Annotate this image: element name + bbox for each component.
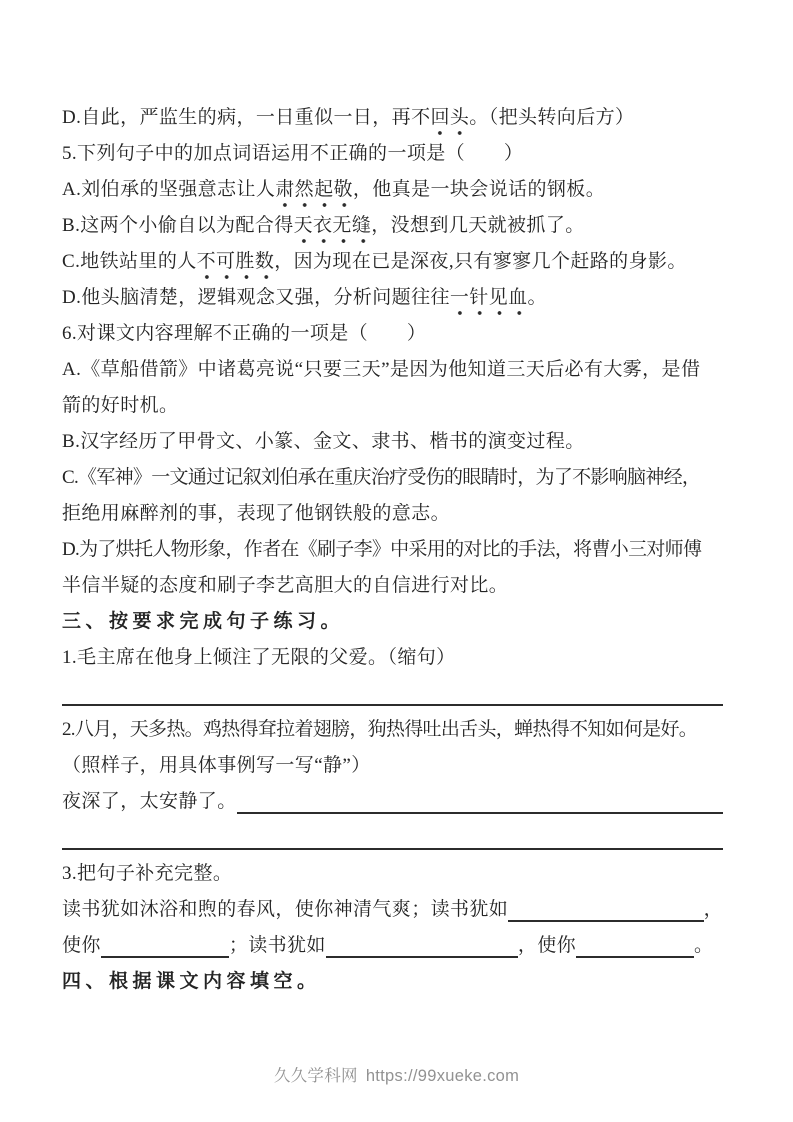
exam-content: D.自此，严监生的病，一日重似一日，再不回头。（把头转向后方）5.下列句子中的加… [62, 100, 723, 1000]
text-segment: 。（把头转向后方） [469, 100, 634, 136]
text-segment: 读书犹如沐浴和煦的春风，使你神清气爽；读书犹如 [62, 892, 508, 928]
answer-line-row [62, 676, 723, 712]
text-line: 6.对课文内容理解不正确的一项是（ ） [62, 316, 723, 352]
text-segment: C.地铁站里的人 [62, 244, 197, 280]
text-line: 5.下列句子中的加点词语运用不正确的一项是（ ） [62, 136, 723, 172]
answer-blank [508, 892, 703, 922]
emphasized-word: 回头 [430, 100, 469, 136]
text-line: D.自此，严监生的病，一日重似一日，再不回头。（把头转向后方） [62, 100, 723, 136]
text-segment: ，因为现在已是深夜,只有寥寥几个赶路的身影。 [274, 244, 687, 280]
emphasized-word: 肃然起敬 [275, 172, 353, 208]
text-segment: B.这两个小偷自以为配合得 [62, 208, 294, 244]
text-line: D.他头脑清楚，逻辑观念又强，分析问题往往一针见血。 [62, 280, 723, 316]
text-segment: 拒绝用麻醉剂的事，表现了他钢铁般的意志。 [62, 496, 450, 532]
text-segment: D.为了烘托人物形象，作者在《刷子李》中采用的对比的手法，将曹小三对师傅 [62, 532, 701, 568]
text-line: 读书犹如沐浴和煦的春风，使你神清气爽；读书犹如， [62, 892, 723, 928]
text-segment: D.他头脑清楚，逻辑观念又强，分析问题往往 [62, 280, 450, 316]
text-segment: A.刘伯承的坚强意志让人 [62, 172, 275, 208]
text-line: A.《草船借箭》中诸葛亮说“只要三天”是因为他知道三天后必有大雾，是借 [62, 352, 723, 388]
answer-line [62, 848, 723, 850]
text-line: B.这两个小偷自以为配合得天衣无缝，没想到几天就被抓了。 [62, 208, 723, 244]
text-segment: ；读书犹如 [229, 928, 326, 964]
emphasized-word: 不可胜数 [197, 244, 275, 280]
text-segment: B.汉字经历了甲骨文、小篆、金文、隶书、楷书的演变过程。 [62, 424, 585, 460]
text-segment: （照样子，用具体事例写一写“静”） [62, 748, 371, 784]
section-heading: 四、根据课文内容填空。 [62, 964, 723, 1000]
text-line: C.《军神》一文通过记叙刘伯承在重庆治疗受伤的眼睛时，为了不影响脑神经， [62, 460, 723, 496]
text-segment: 。 [694, 928, 713, 964]
answer-blank [101, 928, 229, 958]
text-segment: 箭的好时机。 [62, 388, 178, 424]
text-segment: ，没想到几天就被抓了。 [371, 208, 584, 244]
text-segment: 四、根据课文内容填空。 [62, 964, 321, 1000]
exam-page: D.自此，严监生的病，一日重似一日，再不回头。（把头转向后方）5.下列句子中的加… [0, 0, 793, 1122]
text-segment: ，他真是一块会说话的钢板。 [353, 172, 605, 208]
answer-blank [326, 928, 518, 958]
answer-blank [237, 784, 723, 814]
text-segment: 半信半疑的态度和刷子李艺高胆大的自信进行对比。 [62, 568, 508, 604]
text-segment: 5.下列句子中的加点词语运用不正确的一项是（ ） [62, 136, 523, 172]
text-line: 拒绝用麻醉剂的事，表现了他钢铁般的意志。 [62, 496, 723, 532]
text-segment: 夜深了，太安静了。 [62, 784, 237, 820]
text-line: C.地铁站里的人不可胜数，因为现在已是深夜,只有寥寥几个赶路的身影。 [62, 244, 723, 280]
text-segment: ， [704, 892, 723, 928]
text-segment: A.《草船借箭》中诸葛亮说“只要三天”是因为他知道三天后必有大雾，是借 [62, 352, 700, 388]
text-segment: 使你 [62, 928, 101, 964]
answer-blank [576, 928, 694, 958]
text-line: B.汉字经历了甲骨文、小篆、金文、隶书、楷书的演变过程。 [62, 424, 723, 460]
section-heading: 三、按要求完成句子练习。 [62, 604, 723, 640]
emphasized-word: 天衣无缝 [294, 208, 372, 244]
text-segment: 6.对课文内容理解不正确的一项是（ ） [62, 316, 426, 352]
text-segment: 。 [527, 280, 546, 316]
text-segment: 1.毛主席在他身上倾注了无限的父爱。（缩句） [62, 640, 456, 676]
text-segment: 三、按要求完成句子练习。 [62, 604, 344, 640]
text-segment: 2.八月，天多热。鸡热得耷拉着翅膀，狗热得吐出舌头，蝉热得不知如何是好。 [62, 712, 697, 748]
footer: 久久学科网https://99xueke.com [0, 1062, 793, 1086]
text-segment: 3.把句子补充完整。 [62, 856, 232, 892]
text-line: 半信半疑的态度和刷子李艺高胆大的自信进行对比。 [62, 568, 723, 604]
text-line: D.为了烘托人物形象，作者在《刷子李》中采用的对比的手法，将曹小三对师傅 [62, 532, 723, 568]
text-segment: D.自此，严监生的病，一日重似一日，再不 [62, 100, 430, 136]
text-line: 夜深了，太安静了。 [62, 784, 723, 820]
answer-line-row [62, 820, 723, 856]
text-segment: ，使你 [518, 928, 576, 964]
answer-line [62, 704, 723, 706]
footer-site-name: 久久学科网 [274, 1067, 358, 1085]
text-line: （照样子，用具体事例写一写“静”） [62, 748, 723, 784]
text-line: 箭的好时机。 [62, 388, 723, 424]
text-line: 2.八月，天多热。鸡热得耷拉着翅膀，狗热得吐出舌头，蝉热得不知如何是好。 [62, 712, 723, 748]
text-line: A.刘伯承的坚强意志让人肃然起敬，他真是一块会说话的钢板。 [62, 172, 723, 208]
text-line: 使你；读书犹如，使你。 [62, 928, 723, 964]
text-line: 1.毛主席在他身上倾注了无限的父爱。（缩句） [62, 640, 723, 676]
text-segment: C.《军神》一文通过记叙刘伯承在重庆治疗受伤的眼睛时，为了不影响脑神经， [62, 460, 700, 496]
footer-url: https://99xueke.com [366, 1067, 519, 1085]
emphasized-word: 一针见血 [450, 280, 528, 316]
text-line: 3.把句子补充完整。 [62, 856, 723, 892]
